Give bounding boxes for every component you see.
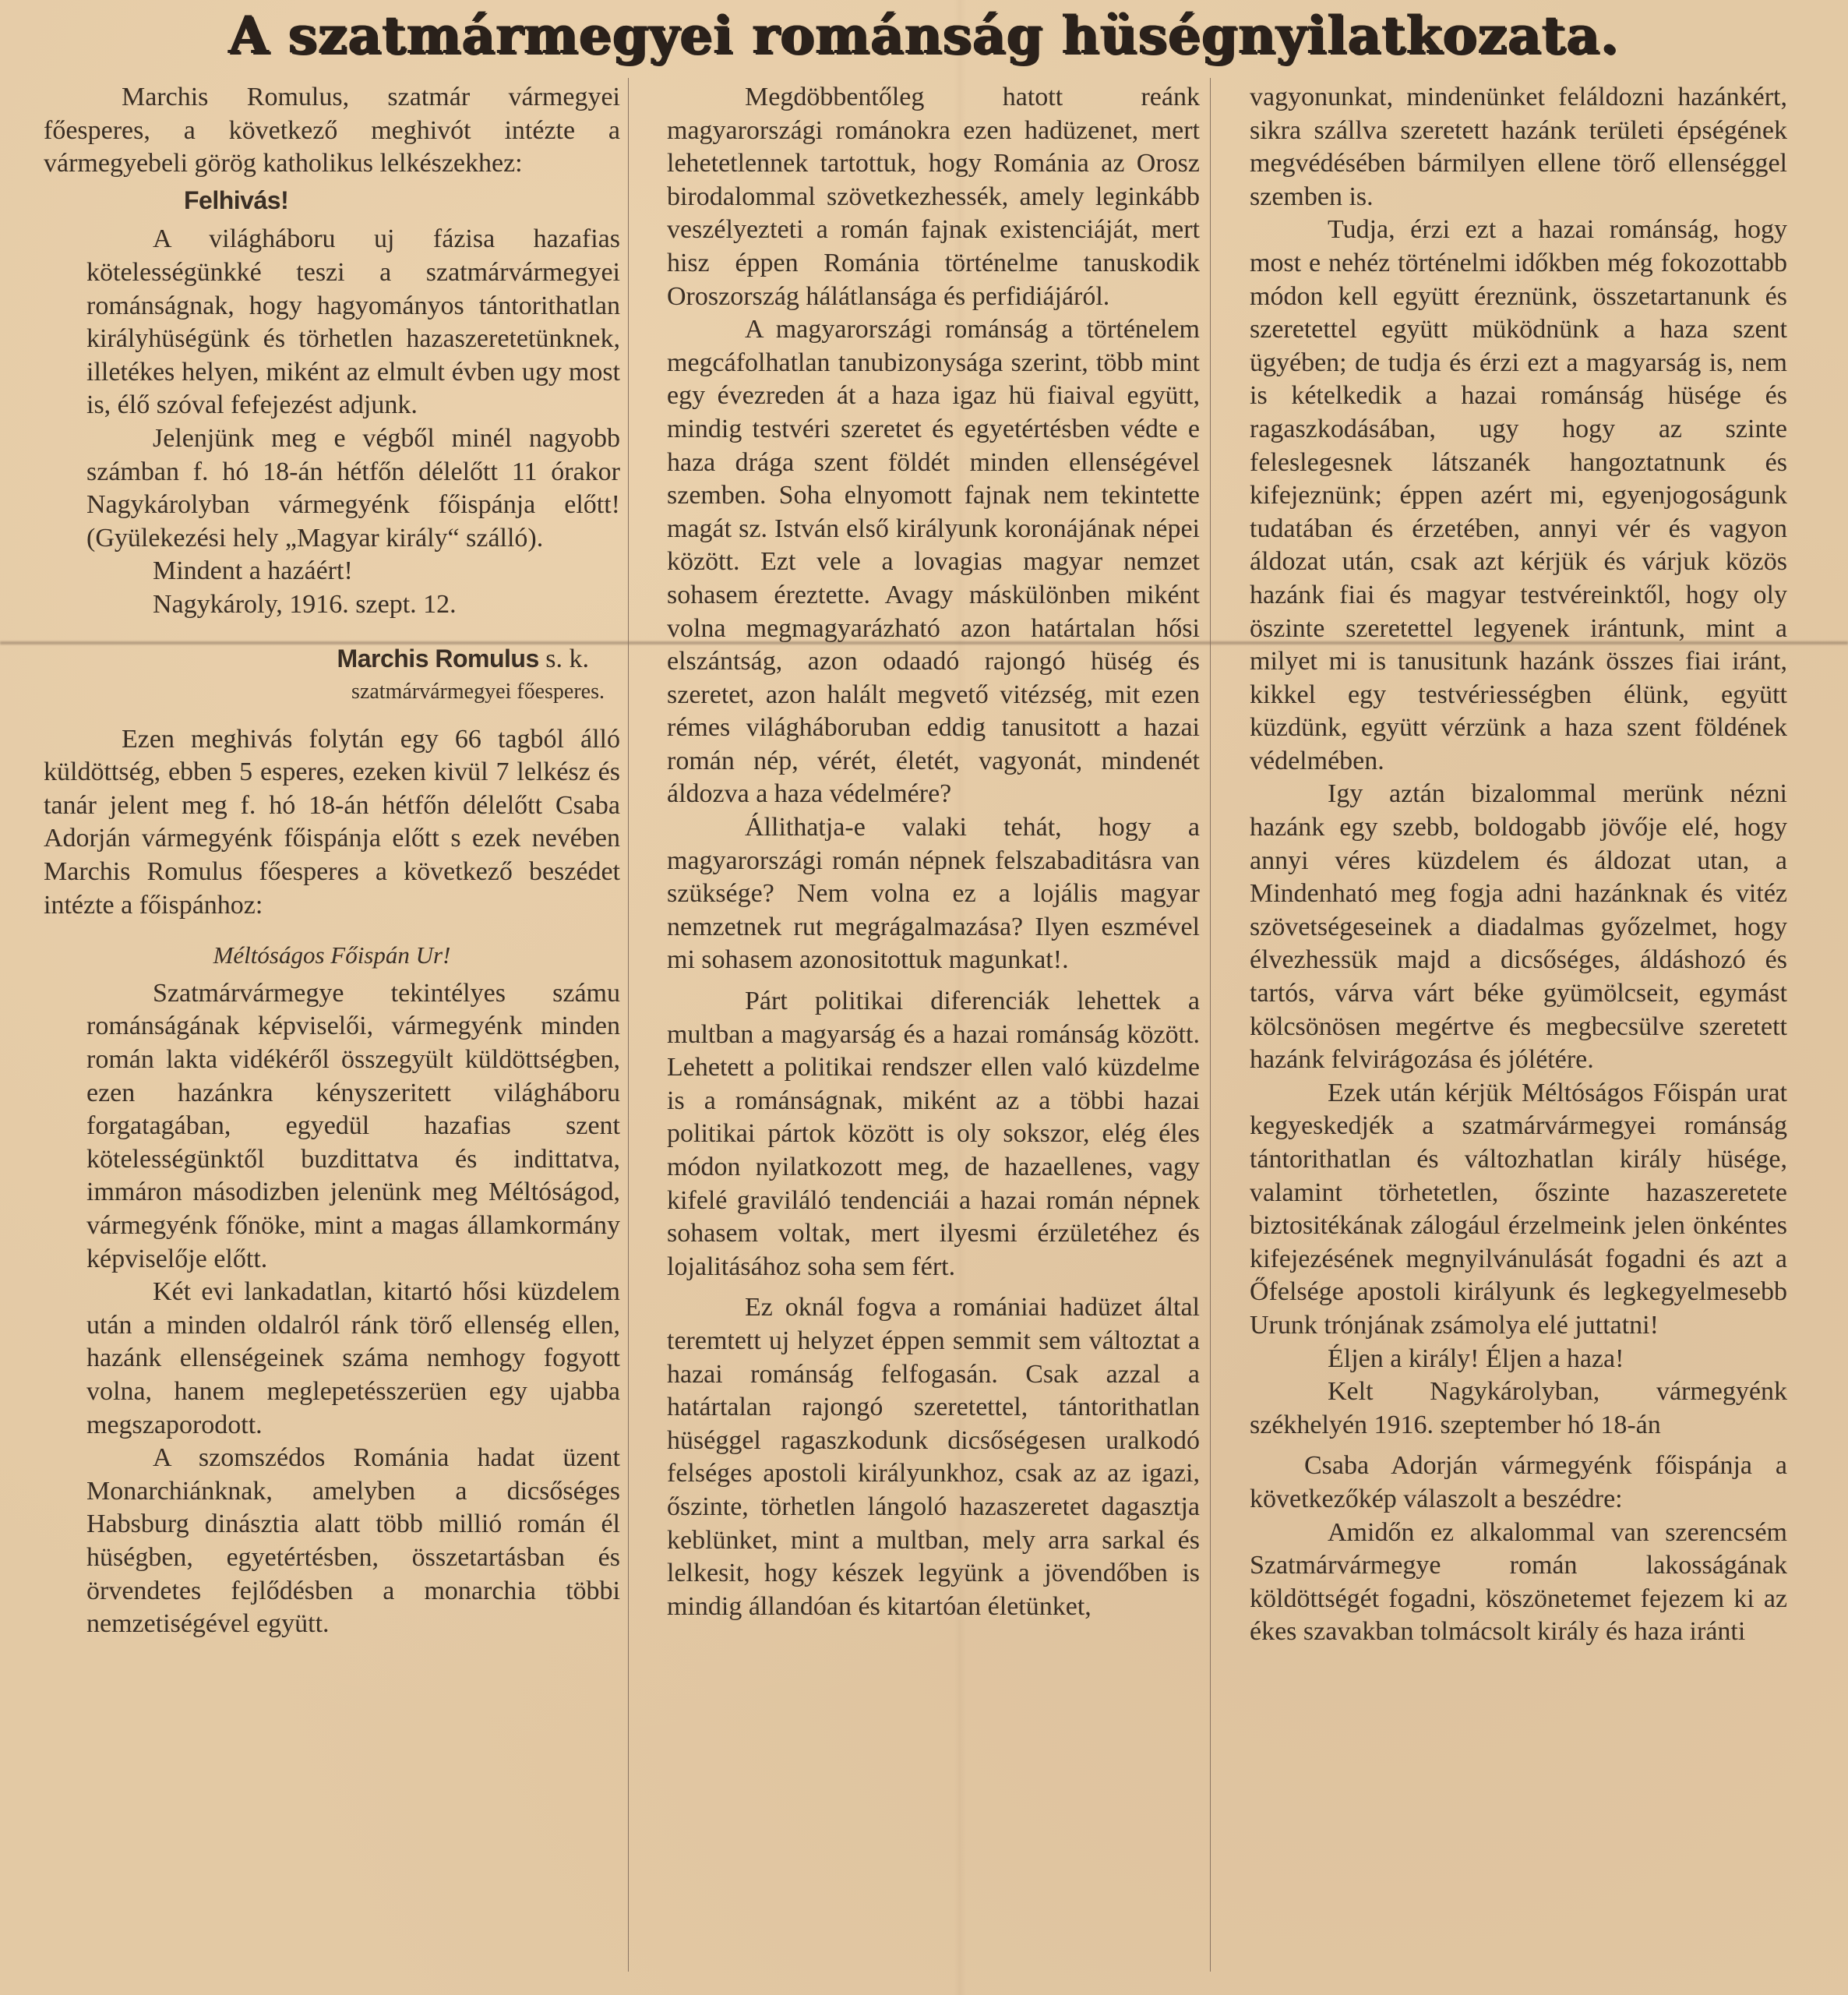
speech-paragraph: Párt politikai diferenciák lehettek a mu… <box>667 985 1200 1284</box>
report-paragraph: Ezen meghivás folytán egy 66 tagból álló… <box>44 723 620 923</box>
speech-paragraph: Igy aztán bizalommal merünk nézni hazánk… <box>1250 778 1787 1076</box>
speech-paragraph: Megdöbbentőleg hatott reánk magyarország… <box>667 81 1200 313</box>
reply-intro: Csaba Adorján vármegyénk főispánja a köv… <box>1250 1449 1787 1516</box>
speech-paragraph: A szomszédos Románia hadat üzent Monarch… <box>86 1442 620 1641</box>
call-date: Nagykároly, 1916. szept. 12. <box>86 588 620 622</box>
call-paragraph: A világháboru uj fázisa hazafias köteles… <box>86 223 620 422</box>
speech-paragraph: Két evi lankadatlan, kitartó hősi küzdel… <box>86 1276 620 1442</box>
speech-paragraph: Szatmárvármegye tekintélyes számu románs… <box>86 977 620 1276</box>
column-3: vagyonunkat, mindenünket feláldozni hazá… <box>1250 81 1787 1649</box>
dateline: Kelt Nagykárolyban, vármegyénk székhelyé… <box>1250 1375 1787 1442</box>
signature-suffix: s. k. <box>545 644 589 673</box>
speech-paragraph: Állithatja-e valaki tehát, hogy a magyar… <box>667 811 1200 977</box>
speech-body: Szatmárvármegye tekintélyes számu románs… <box>44 977 620 1641</box>
call-heading: Felhivás! <box>44 184 620 217</box>
speech-paragraph: Ez oknál fogva a romániai hadüzet által … <box>667 1291 1200 1623</box>
intro-paragraph: Marchis Romulus, szatmár vármegyei főesp… <box>44 81 620 181</box>
salutation: Méltóságos Főispán Ur! <box>44 939 620 973</box>
cheer-line: Éljen a király! Éljen a haza! <box>1250 1343 1787 1376</box>
column-1: Marchis Romulus, szatmár vármegyei főesp… <box>44 81 620 1641</box>
signature-title: szatmárvármegyei főesperes. <box>44 676 620 709</box>
reply-paragraph: Amidőn ez alkalommal van szerencsém Szat… <box>1250 1517 1787 1649</box>
call-body: A világháboru uj fázisa hazafias köteles… <box>44 223 620 621</box>
speech-paragraph: Tudja, érzi ezt a hazai románság, hogy m… <box>1250 214 1787 778</box>
column-2: Megdöbbentőleg hatott reánk magyarország… <box>667 81 1200 1623</box>
signature: Marchis Romulus s. k. <box>44 642 620 676</box>
article-headline: A szatmármegyei románság hüségnyilatkoza… <box>0 5 1848 67</box>
signature-name: Marchis Romulus <box>337 644 539 673</box>
call-paragraph: Jelenjünk meg e végből minél nagyobb szá… <box>86 422 620 555</box>
column-rule <box>628 78 629 1972</box>
speech-paragraph: Ezek után kérjük Méltóságos Főispán urat… <box>1250 1077 1787 1343</box>
speech-paragraph: A magyarországi románság a történelem me… <box>667 313 1200 811</box>
call-closing: Mindent a hazáért! <box>86 555 620 588</box>
column-rule <box>1210 78 1211 1972</box>
continuation-paragraph: vagyonunkat, mindenünket feláldozni hazá… <box>1250 81 1787 214</box>
